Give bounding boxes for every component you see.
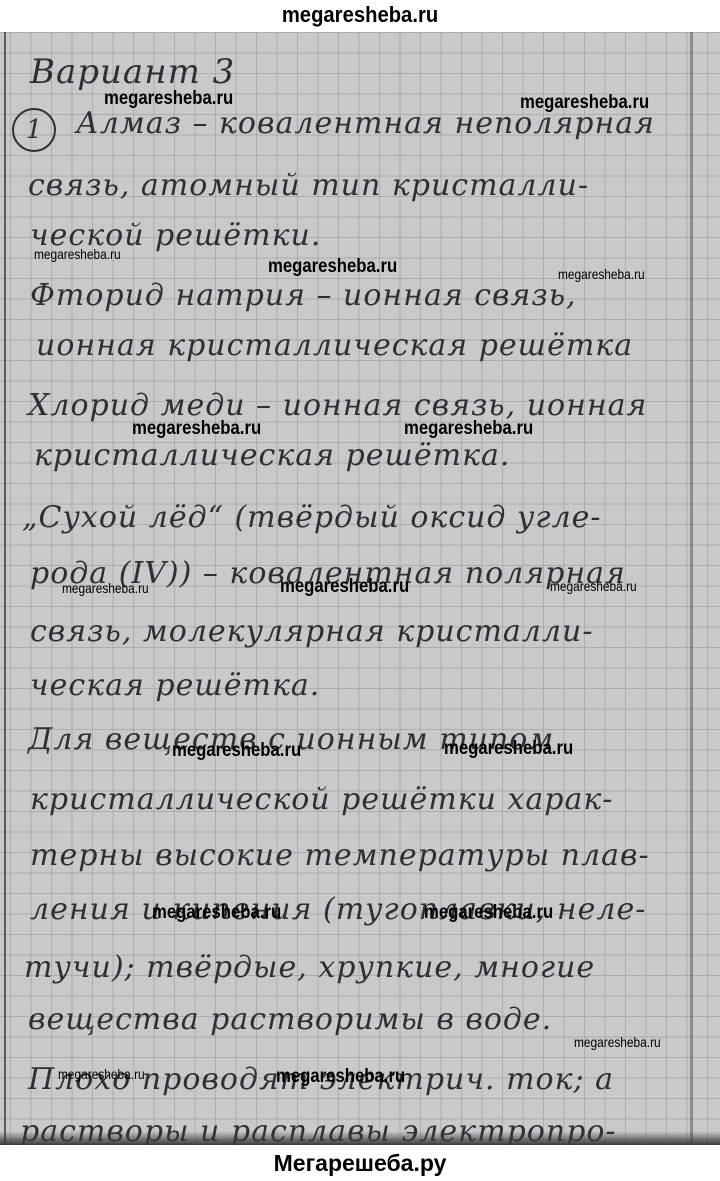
watermark: megaresheba.ru [276,1066,405,1088]
watermark: megaresheba.ru [424,902,553,924]
watermark: megaresheba.ru [558,266,645,282]
answer-line: связь, атомный тип кристалли- [28,168,589,203]
answer-line: кристаллическая решётка. [34,438,510,473]
answer-line: терны высокие температуры плав- [30,838,650,873]
answer-line: связь, молекулярная кристалли- [30,614,593,649]
watermark: megaresheba.ru [58,1066,145,1082]
answer-line: ческая решётка. [30,668,320,703]
watermark: megaresheba.ru [132,418,261,440]
answer-line: вещества растворимы в воде. [28,1002,552,1037]
watermark: megaresheba.ru [574,1034,661,1050]
answer-line: ления и кипения (тугоплавки, неле- [30,892,646,927]
watermark: megaresheba.ru [280,576,409,598]
variant-title: Вариант 3 [30,52,235,92]
margin-line [690,32,693,1145]
notebook-page: Вариант 3 1 Алмаз – ковалентная неполярн… [0,32,720,1145]
header-watermark: megaresheba.ru [29,0,691,32]
answer-line: растворы и расплавы электропро- [20,1114,617,1145]
watermark: megaresheba.ru [444,738,573,760]
answer-line: Хлорид меди – ионная связь, ионная [28,388,647,423]
watermark: megaresheba.ru [520,92,649,114]
footer-watermark: Мегарешеба.ру [0,1145,720,1181]
watermark: megaresheba.ru [62,580,149,596]
watermark: megaresheba.ru [404,418,533,440]
answer-line: ионная кристаллическая решётка [36,328,633,363]
answer-line: кристаллической решётки харак- [30,782,613,817]
task-number-badge: 1 [12,108,56,152]
watermark: megaresheba.ru [172,740,301,762]
watermark: megaresheba.ru [104,88,233,110]
watermark: megaresheba.ru [152,902,281,924]
watermark: megaresheba.ru [268,256,397,278]
answer-line: тучи); твёрдые, хрупкие, многие [24,950,595,985]
watermark: megaresheba.ru [550,578,637,594]
watermark: megaresheba.ru [34,246,121,262]
answer-line: „Сухой лёд“ (твёрдый оксид угле- [22,500,602,535]
answer-line: Фторид натрия – ионная связь, [30,278,577,313]
page-left-edge [4,32,6,1145]
